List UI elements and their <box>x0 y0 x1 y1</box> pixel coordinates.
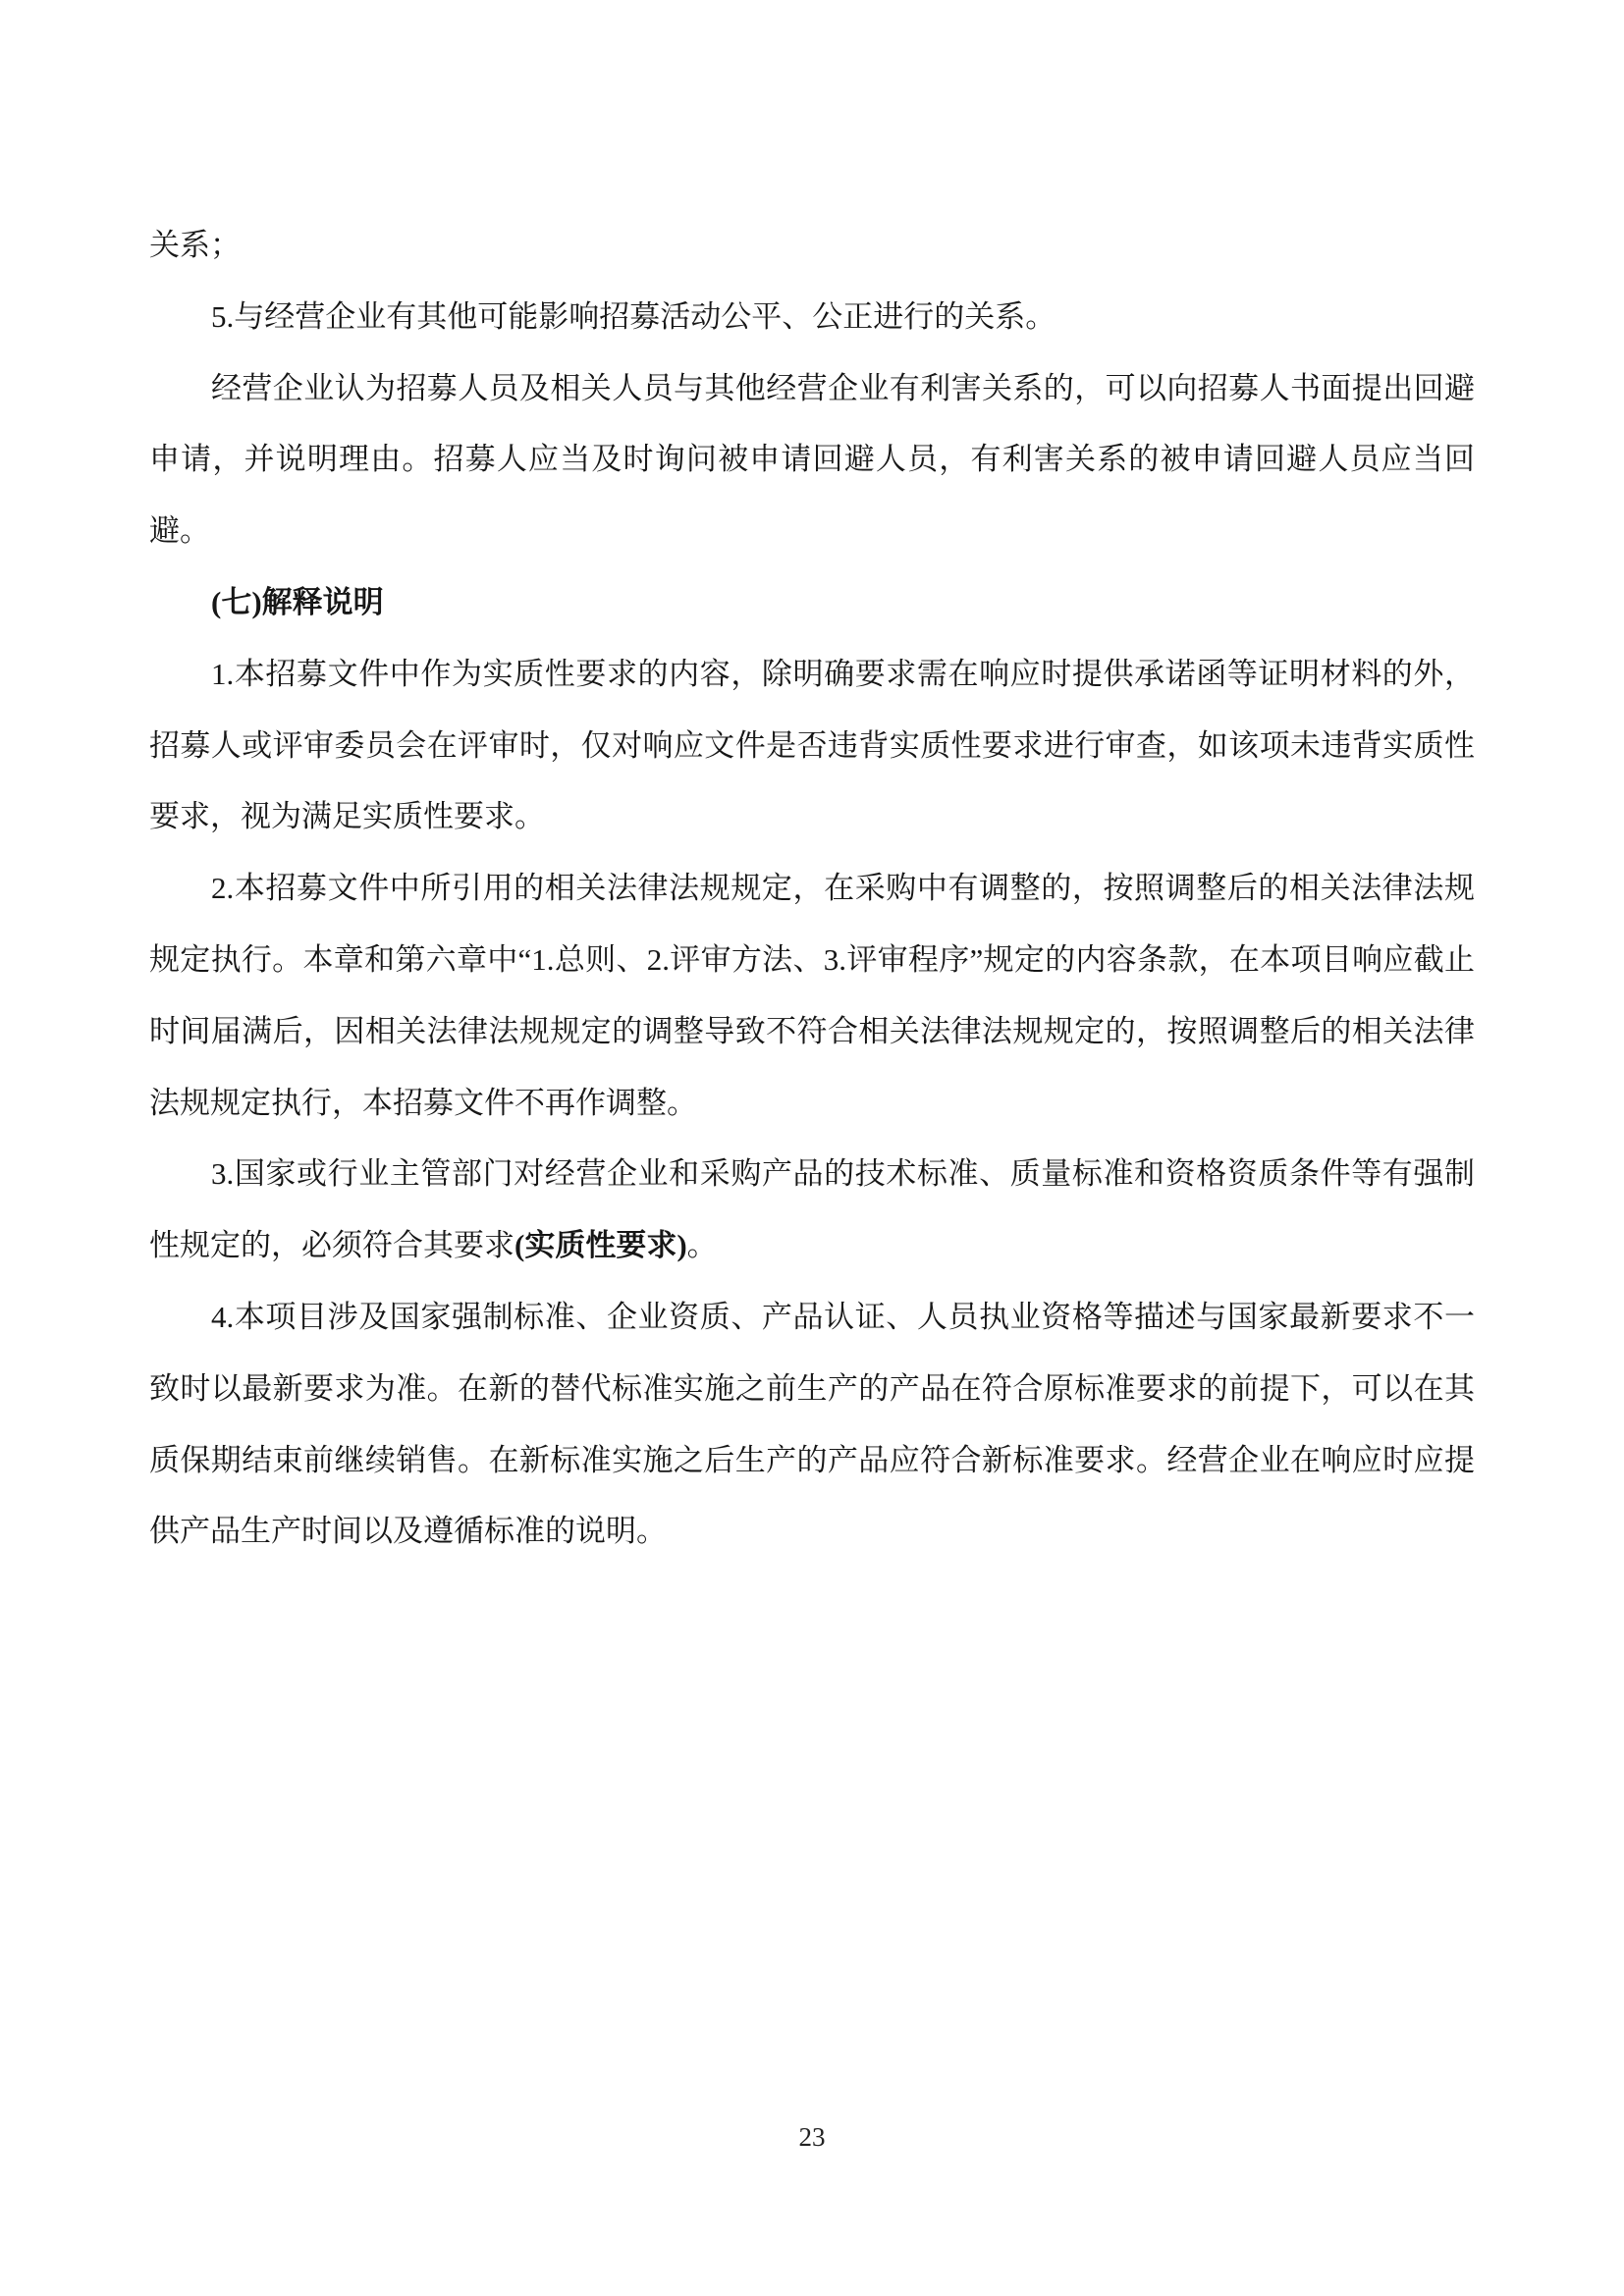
paragraph-note1: 1.本招募文件中作为实质性要求的内容，除明确要求需在响应时提供承诺函等证明材料的… <box>149 639 1475 853</box>
paragraph-note3-period: 。 <box>687 1228 718 1262</box>
document-page: 关系； 5.与经营企业有其他可能影响招募活动公平、公正进行的关系。 经营企业认为… <box>0 0 1624 2296</box>
paragraph-note4: 4.本项目涉及国家强制标准、企业资质、产品认证、人员执业资格等描述与国家最新要求… <box>149 1282 1475 1568</box>
paragraph-recusal: 经营企业认为招募人员及相关人员与其他经营企业有利害关系的，可以向招募人书面提出回… <box>149 353 1475 567</box>
paragraph-item5: 5.与经营企业有其他可能影响招募活动公平、公正进行的关系。 <box>149 282 1475 353</box>
paragraph-note3: 3.国家或行业主管部门对经营企业和采购产品的技术标准、质量标准和资格资质条件等有… <box>149 1139 1475 1282</box>
document-body: 关系； 5.与经营企业有其他可能影响招募活动公平、公正进行的关系。 经营企业认为… <box>149 210 1475 1568</box>
page-number: 23 <box>0 2120 1624 2154</box>
paragraph-note3-text: 3.国家或行业主管部门对经营企业和采购产品的技术标准、质量标准和资格资质条件等有… <box>149 1156 1475 1262</box>
paragraph-continuation: 关系； <box>149 210 1475 282</box>
section-heading-7: (七)解释说明 <box>149 567 1475 639</box>
paragraph-note2: 2.本招募文件中所引用的相关法律法规规定，在采购中有调整的，按照调整后的相关法律… <box>149 853 1475 1139</box>
paragraph-note3-bold-phrase: (实质性要求) <box>514 1228 687 1262</box>
